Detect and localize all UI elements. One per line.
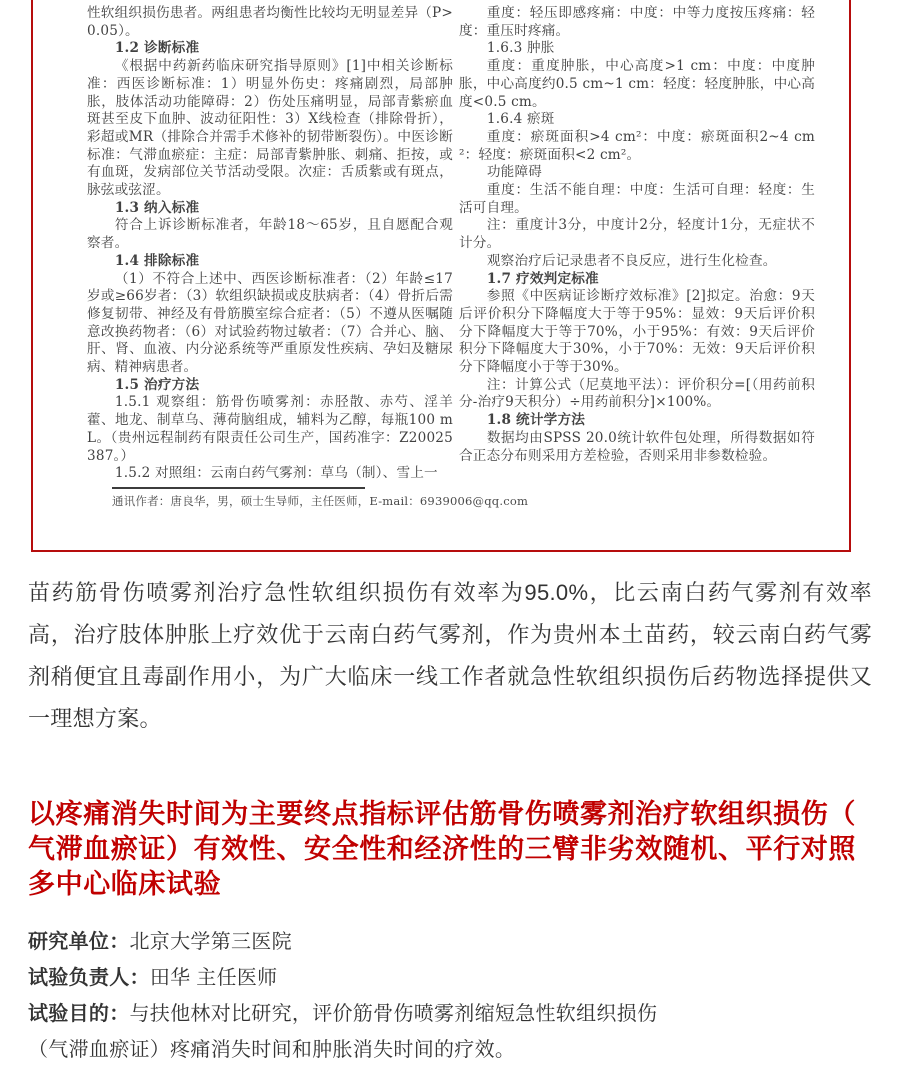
- scan-paragraph: 符合上诉诊断标准者，年龄18～65岁，且自愿配合观察者。: [87, 217, 453, 252]
- scan-paragraph: 参照《中医病证诊断疗效标准》[2]拟定。治愈：9天后评价积分下降幅度大于等于95…: [459, 288, 815, 377]
- scan-paragraph: 重度：轻压即感疼痛：中度：中等力度按压疼痛：轻度：重压时疼痛。: [459, 5, 815, 40]
- scan-section-heading: 1.3 纳入标准: [87, 200, 453, 218]
- trial-info: 研究单位：北京大学第三医院 试验负责人：田华 主任医师 试验目的：与扶他林对比研…: [28, 924, 872, 1068]
- page: 性软组织损伤患者。两组患者均衡性比较均无明显差异（P>0.05）。1.2 诊断标…: [0, 0, 900, 1068]
- scan-paragraph: 功能障碍: [459, 164, 815, 182]
- corresponding-author-note: 通讯作者：唐良华，男，硕士生导师，主任医师，E-mail：6939006@qq.…: [112, 493, 849, 509]
- scan-section-heading: 1.5 治疗方法: [87, 377, 453, 395]
- scan-column-left: 性软组织损伤患者。两组患者均衡性比较均无明显差异（P>0.05）。1.2 诊断标…: [87, 5, 453, 483]
- row-value-investigator: 田华 主任医师: [150, 967, 278, 989]
- scan-content: 性软组织损伤患者。两组患者均衡性比较均无明显差异（P>0.05）。1.2 诊断标…: [33, 0, 849, 509]
- scan-paragraph: 注：重度计3分，中度计2分，轻度计1分，无症状不计分。: [459, 217, 815, 252]
- scan-paragraph: 1.5.2 对照组：云南白药气雾剂：草乌（制）、雪上一: [87, 465, 453, 483]
- trial-title: 以疼痛消失时间为主要终点指标评估筋骨伤喷雾剂治疗软组织损伤（气滞血瘀证）有效性、…: [28, 797, 872, 902]
- scan-section-heading: 1.4 排除标准: [87, 253, 453, 271]
- scan-section-heading: 1.2 诊断标准: [87, 40, 453, 58]
- scan-column-right: 重度：轻压即感疼痛：中度：中等力度按压疼痛：轻度：重压时疼痛。1.6.3 肿胀重…: [459, 5, 815, 483]
- scan-footnote-block: 通讯作者：唐良华，男，硕士生导师，主任医师，E-mail：6939006@qq.…: [112, 487, 849, 509]
- scan-paragraph: 重度：生活不能自理：中度：生活可自理：轻度：生活可自理。: [459, 182, 815, 217]
- scan-paragraph: 1.6.4 瘀斑: [459, 111, 815, 129]
- scan-paragraph: 数据均由SPSS 20.0统计软件包处理，所得数据如符合正态分布则采用方差检验，…: [459, 430, 815, 465]
- scanned-journal-page: 性软组织损伤患者。两组患者均衡性比较均无明显差异（P>0.05）。1.2 诊断标…: [31, 0, 851, 552]
- row-value-unit: 北京大学第三医院: [130, 931, 292, 953]
- scan-paragraph: 1.5.1 观察组：筋骨伤喷雾剂：赤胫散、赤芍、淫羊藿、地龙、制草乌、薄荷脑组成…: [87, 394, 453, 465]
- scan-paragraph: 1.6.3 肿胀: [459, 40, 815, 58]
- scan-paragraph: 《根据中药新药临床研究指导原则》[1]中相关诊断标准：西医诊断标准：1）明显外伤…: [87, 58, 453, 200]
- trial-info-row-objective: 试验目的：与扶他林对比研究，评价筋骨伤喷雾剂缩短急性软组织损伤（气滞血瘀证）疼痛…: [28, 996, 683, 1068]
- summary-paragraph: 苗药筋骨伤喷雾剂治疗急性软组织损伤有效率为95.0%，比云南白药气雾剂有效率高，…: [28, 572, 872, 740]
- scan-paragraph: （1）不符合上述中、西医诊断标准者：（2）年龄≤17岁或≥66岁者：（3）软组织…: [87, 271, 453, 377]
- scan-paragraph: 注：计算公式（尼莫地平法）：评价积分=[（用药前积分-治疗9天积分）÷用药前积分…: [459, 377, 815, 412]
- row-label-investigator: 试验负责人：: [28, 967, 150, 989]
- row-label-unit: 研究单位：: [28, 931, 130, 953]
- row-label-objective: 试验目的：: [28, 1003, 130, 1025]
- trial-info-row-unit: 研究单位：北京大学第三医院: [28, 924, 872, 960]
- scan-paragraph: 性软组织损伤患者。两组患者均衡性比较均无明显差异（P>0.05）。: [87, 5, 453, 40]
- footnote-rule: [112, 487, 365, 489]
- scan-columns: 性软组织损伤患者。两组患者均衡性比较均无明显差异（P>0.05）。1.2 诊断标…: [33, 0, 849, 483]
- scan-paragraph: 重度：瘀斑面积>4 cm²：中度：瘀斑面积2~4 cm²：轻度：瘀斑面积<2 c…: [459, 129, 815, 164]
- scan-section-heading: 1.7 疗效判定标准: [459, 271, 815, 289]
- scan-section-heading: 1.8 统计学方法: [459, 412, 815, 430]
- scan-paragraph: 重度：重度肿胀，中心高度>1 cm：中度：中度肿胀，中心高度约0.5 cm~1 …: [459, 58, 815, 111]
- scan-paragraph: 观察治疗后记录患者不良反应，进行生化检查。: [459, 253, 815, 271]
- trial-info-row-investigator: 试验负责人：田华 主任医师: [28, 960, 872, 996]
